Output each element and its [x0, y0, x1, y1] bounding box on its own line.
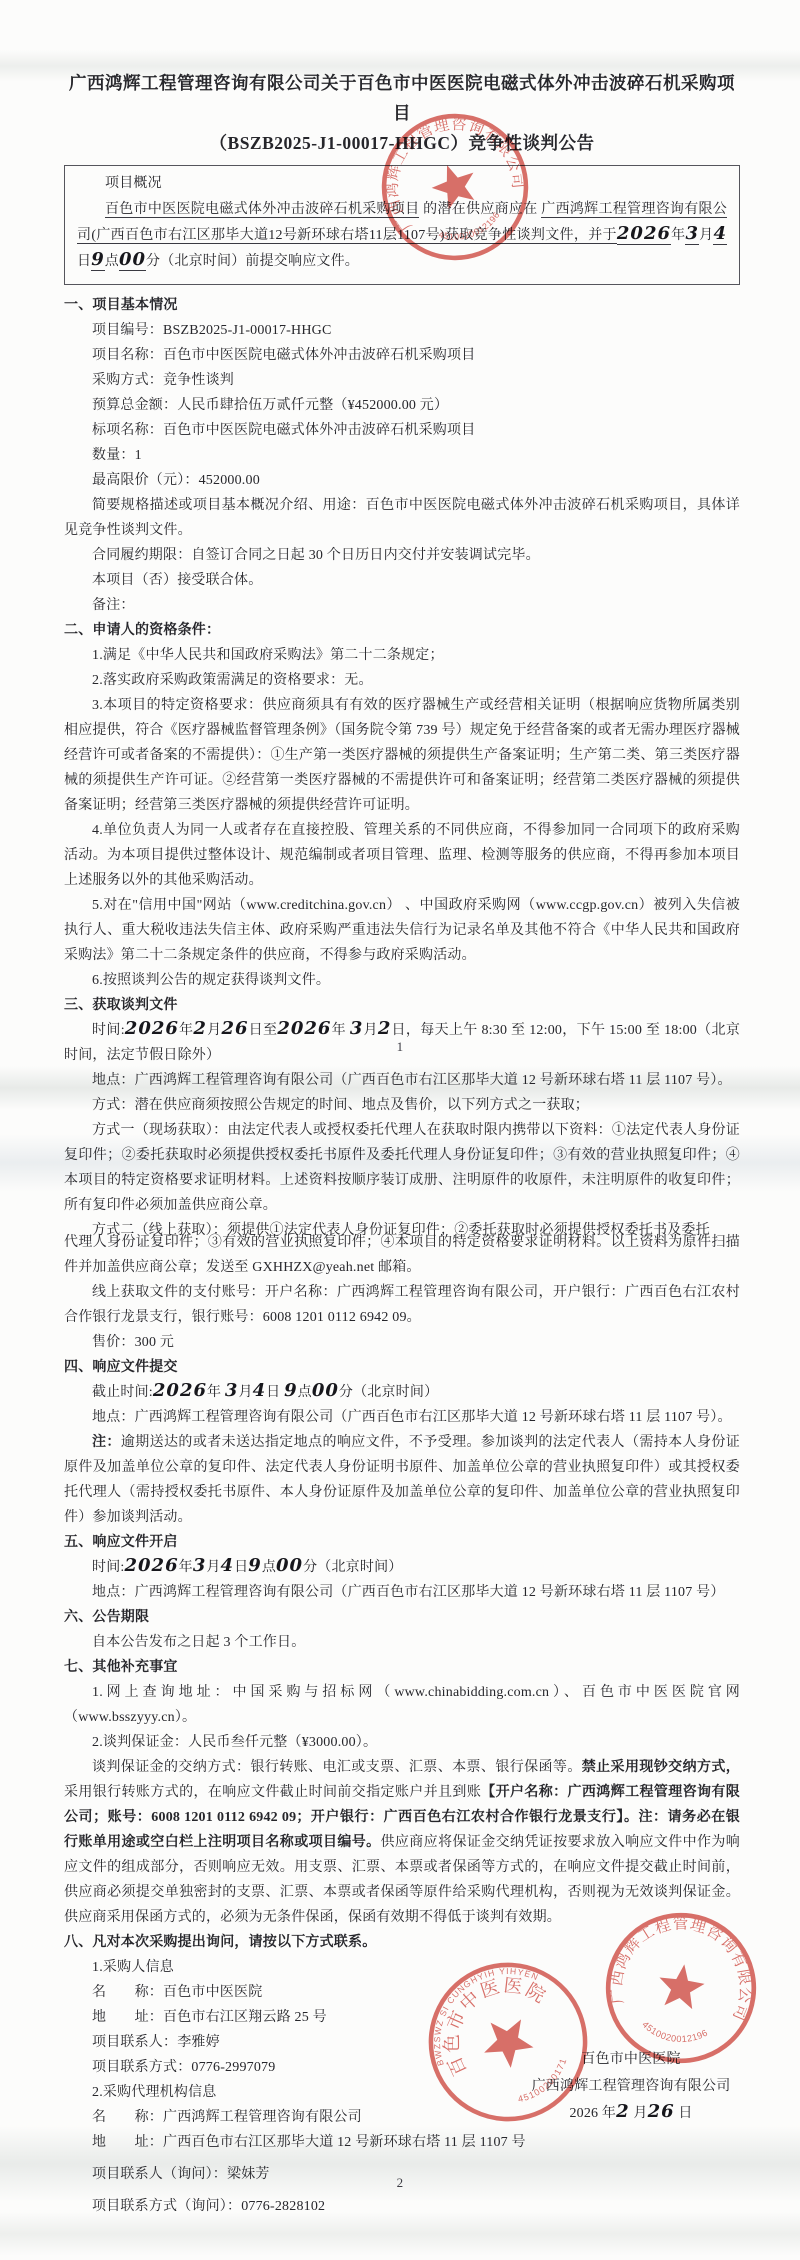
- text-segment: 点: [105, 254, 119, 269]
- text-segment: 点: [298, 1385, 312, 1400]
- submit-note-paragraph: 注：逾期送达的或者未送达指定地点的响应文件，不予受理。参加谈判的法定代表人（需持…: [64, 1430, 740, 1530]
- scanned-announcement-document: 广西鸿辉工程管理咨询有限公司关于百色市中医医院电磁式体外冲击波碎石机采购项目 （…: [0, 0, 800, 2260]
- section4-heading: 四、响应文件提交: [64, 1355, 740, 1380]
- handwritten-text: 4: [713, 223, 727, 245]
- doc-line-max-price: 最高限价（元）：452000.00: [64, 468, 740, 493]
- agency-phone: 项目联系方式（询问）：0776-2828102: [64, 2194, 740, 2219]
- submit-location-line: 地点：广西鸿辉工程管理咨询有限公司（广西百色市右江区那毕大道 12 号新环球右塔…: [64, 1405, 740, 1430]
- doc-line-remark: 备注：: [64, 593, 740, 618]
- qualification-item-3: 3.本项目的特定资格要求：供应商须具有有效的医疗器械生产或经营相关证明（根据响应…: [64, 693, 740, 818]
- text-segment: 截止时间:: [92, 1385, 153, 1400]
- text-segment: 分: [146, 254, 160, 269]
- handwritten-text: 00: [312, 1380, 339, 1401]
- text-segment: 采用银行转账方式的，在响应文件截止时间前交指定账户并且到账: [64, 1785, 481, 1800]
- text-segment: （北京时间）前提交响应文件。: [160, 254, 359, 269]
- doc-line-project-name: 项目名称：百色市中医医院电磁式体外冲击波碎石机采购项目: [64, 343, 740, 368]
- text-segment: 日: [234, 1560, 248, 1575]
- overview-paragraph: 百色市中医医院电磁式体外冲击波碎石机采购项目 的潜在供应商应在 广西鸿辉工程管理…: [77, 197, 727, 275]
- agency-address: 地 址：广西百色市右江区那毕大道 12 号新环球右塔 11 层 1107 号: [64, 2130, 740, 2155]
- document-title-line1: 广西鸿辉工程管理咨询有限公司关于百色市中医医院电磁式体外冲击波碎石机采购项目: [64, 68, 740, 128]
- obtain-method-line: 方式：潜在供应商须按照公告规定的时间、地点及售价，以下列方式之一获取；: [64, 1093, 740, 1118]
- text-segment: 月: [238, 1385, 252, 1400]
- open-time-line: 时间:2026年3月4日9点00分（北京时间）: [64, 1555, 740, 1580]
- doc-price-line: 售价：300 元: [64, 1330, 740, 1355]
- handwritten-text: 2: [616, 2101, 630, 2122]
- doc-line-budget: 预算总金额：人民币肆拾伍万贰仟元整（¥452000.00 元）: [64, 393, 740, 418]
- signature-block: 百色市中医医院 广西鸿辉工程管理咨询有限公司 2026 年2 月26 日: [498, 2046, 764, 2127]
- signature-date: 2026 年2 月26 日: [498, 2100, 764, 2127]
- section6-heading: 六、公告期限: [64, 1605, 740, 1630]
- page-number-1: 1: [0, 1034, 800, 1059]
- text-segment: 分（北京时间）: [339, 1385, 438, 1400]
- doc-line-quantity: 数量：1: [64, 443, 740, 468]
- text-segment: 的潜在供应商应在: [419, 202, 541, 217]
- open-location-line: 地点：广西鸿辉工程管理咨询有限公司（广西百色市右江区那毕大道 12 号新环球右塔…: [64, 1580, 740, 1605]
- text-segment: 时间:: [92, 1560, 125, 1575]
- text-segment: 逾期送达的或者未送达指定地点的响应文件，不予受理。参加谈判的法定代表人（需持本人…: [64, 1435, 740, 1525]
- qualification-item-5: 5.对在"信用中国"网站（www.creditchina.gov.cn） 、中国…: [64, 893, 740, 968]
- doc-line-consortium: 本项目（否）接受联合体。: [64, 568, 740, 593]
- handwritten-text: 4: [253, 1380, 267, 1401]
- signature-agency: 广西鸿辉工程管理咨询有限公司: [498, 2073, 764, 2100]
- text-segment: 年: [671, 228, 685, 243]
- text-segment: 百色市中医医院电磁式体外冲击波碎石机采购项目: [105, 202, 419, 218]
- text-segment: 月: [206, 1560, 220, 1575]
- qualification-item-1: 1.满足《中华人民共和国政府采购法》第二十二条规定；: [64, 643, 740, 668]
- doc-line-spec-brief: 简要规格描述或项目基本概况介绍、用途：百色市中医医院电磁式体外冲击波碎石机采购项…: [64, 493, 740, 543]
- text-segment: 2026 年: [569, 2106, 616, 2121]
- handwritten-text: 00: [119, 249, 146, 271]
- handwritten-text: 3: [685, 223, 699, 245]
- qualification-item-4: 4.单位负责人为同一人或者存在直接控股、管理关系的不同供应商，不得参加同一合同项…: [64, 818, 740, 893]
- text-segment: 年: [179, 1560, 193, 1575]
- handwritten-text: 2026: [125, 1555, 179, 1576]
- section3-heading: 三、获取谈判文件: [64, 993, 740, 1018]
- handwritten-text: 4: [221, 1555, 235, 1576]
- handwritten-text: 00: [276, 1555, 303, 1576]
- text-segment: 分（北京时间）: [303, 1560, 402, 1575]
- section5-heading: 五、响应文件开启: [64, 1530, 740, 1555]
- qualification-item-6: 6.按照谈判公告的规定获得谈判文件。: [64, 968, 740, 993]
- text-segment: 禁止采用现钞交纳方式，: [582, 1760, 740, 1775]
- page-number-2: 2: [0, 2170, 800, 2195]
- deposit-method-paragraph: 谈判保证金的交纳方式：银行转账、电汇或支票、汇票、本票、银行保函等。禁止采用现钞…: [64, 1755, 740, 1930]
- obtain-location-line: 地点：广西鸿辉工程管理咨询有限公司（广西百色市右江区那毕大道 12 号新环球右塔…: [64, 1068, 740, 1093]
- purchaser-address: 地 址：百色市右江区翔云路 25 号: [64, 2005, 740, 2030]
- text-segment: 点: [262, 1560, 276, 1575]
- text-segment: 谈判保证金的交纳方式：银行转账、电汇或支票、汇票、本票、银行保函等。: [92, 1760, 582, 1775]
- document-page-2: 代理人身份证复印件；③有效的营业执照复印件；④本项目的特定资格要求证明材料。以上…: [0, 1130, 800, 2260]
- handwritten-text: 3: [193, 1555, 207, 1576]
- handwritten-text: 9: [284, 1380, 298, 1401]
- document-title-line2: （BSZB2025-J1-00017-HHGC）竞争性谈判公告: [64, 128, 740, 158]
- purchaser-name: 名 称：百色市中医医院: [64, 1980, 740, 2005]
- text-segment: 日: [675, 2106, 693, 2121]
- project-overview-box: 项目概况 百色市中医医院电磁式体外冲击波碎石机采购项目 的潜在供应商应在 广西鸿…: [64, 165, 740, 285]
- overview-heading: 项目概况: [77, 171, 727, 197]
- text-segment: 日: [77, 254, 91, 269]
- text-segment: 年: [207, 1385, 225, 1400]
- document-page-1: 广西鸿辉工程管理咨询有限公司关于百色市中医医院电磁式体外冲击波碎石机采购项目 （…: [0, 0, 800, 1130]
- handwritten-text: 3: [225, 1380, 239, 1401]
- section7-heading: 七、其他补充事宜: [64, 1655, 740, 1680]
- section1-heading: 一、项目基本情况: [64, 293, 740, 318]
- text-segment: 日: [266, 1385, 284, 1400]
- signature-purchaser: 百色市中医医院: [498, 2046, 764, 2073]
- handwritten-text: 2026: [617, 223, 671, 245]
- title-block: 广西鸿辉工程管理咨询有限公司关于百色市中医医院电磁式体外冲击波碎石机采购项目 （…: [64, 0, 740, 158]
- handwritten-text: 26: [648, 2101, 675, 2122]
- text-segment: 月: [699, 228, 713, 243]
- online-query-line: 1.网上查询地址：中国采购与招标网（www.chinabidding.com.c…: [64, 1680, 740, 1730]
- submit-deadline-line: 截止时间:2026年 3月4日 9点00分（北京时间）: [64, 1380, 740, 1405]
- qualification-item-2: 2.落实政府采购政策需满足的资格要求：无。: [64, 668, 740, 693]
- announcement-period-line: 自本公告发布之日起 3 个工作日。: [64, 1630, 740, 1655]
- online-payment-account: 线上获取文件的支付账号：开户名称：广西鸿辉工程管理咨询有限公司，开户银行：广西百…: [64, 1280, 740, 1330]
- section8-heading: 八、凡对本次采购提出询问，请按以下方式联系。: [64, 1930, 740, 1955]
- text-segment: 注：: [92, 1435, 121, 1450]
- section2-heading: 二、申请人的资格条件：: [64, 618, 740, 643]
- obtain-method-online-cont: 代理人身份证复印件；③有效的营业执照复印件；④本项目的特定资格要求证明材料。以上…: [64, 1230, 740, 1280]
- handwritten-text: 9: [248, 1555, 262, 1576]
- text-segment: 月: [630, 2106, 648, 2121]
- doc-line-project-number: 项目编号：BSZB2025-J1-00017-HHGC: [64, 318, 740, 343]
- doc-line-lot-name: 标项名称：百色市中医医院电磁式体外冲击波碎石机采购项目: [64, 418, 740, 443]
- handwritten-text: 9: [91, 249, 105, 271]
- doc-line-contract-term: 合同履约期限：自签订合同之日起 30 个日历日内交付并安装调试完毕。: [64, 543, 740, 568]
- deposit-amount-line: 2.谈判保证金：人民币叁仟元整（¥3000.00）。: [64, 1730, 740, 1755]
- doc-line-procure-method: 采购方式：竞争性谈判: [64, 368, 740, 393]
- purchaser-info-heading: 1.采购人信息: [64, 1955, 740, 1980]
- handwritten-text: 2026: [153, 1380, 207, 1401]
